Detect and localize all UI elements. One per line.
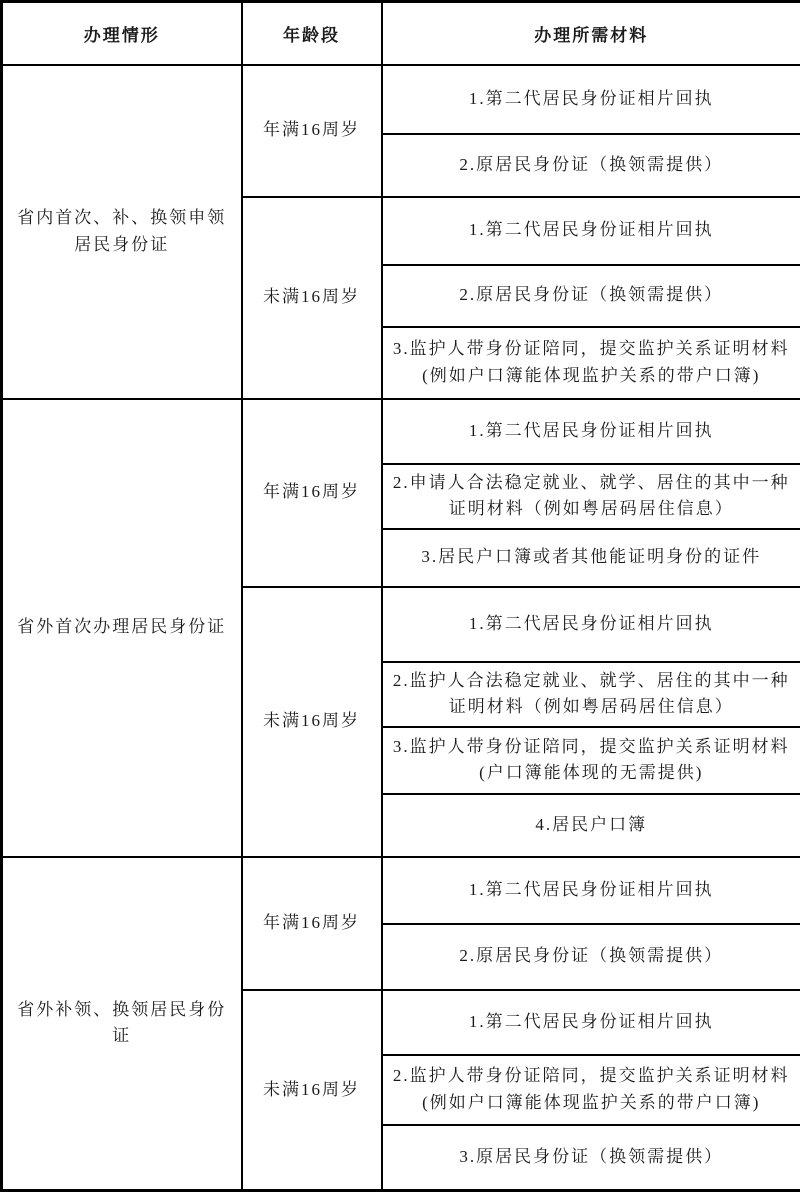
age-cell-over16: 年满16周岁 — [242, 65, 382, 197]
material-cell: 1.第二代居民身份证相片回执 — [382, 197, 800, 265]
age-cell-under16: 未满16周岁 — [242, 990, 382, 1191]
table-row: 省内首次、补、换领申领居民身份证 年满16周岁 1.第二代居民身份证相片回执 — [2, 65, 800, 134]
header-row: 办理情形 年龄段 办理所需材料 — [2, 2, 800, 65]
material-cell: 1.第二代居民身份证相片回执 — [382, 399, 800, 464]
material-cell: 2.原居民身份证（换领需提供） — [382, 265, 800, 327]
material-cell: 2.申请人合法稳定就业、就学、居住的其中一种证明材料（例如粤居码居住信息） — [382, 464, 800, 529]
material-cell: 3.居民户口簿或者其他能证明身份的证件 — [382, 529, 800, 587]
material-cell: 1.第二代居民身份证相片回执 — [382, 65, 800, 134]
material-cell: 4.居民户口簿 — [382, 794, 800, 857]
material-cell: 2.监护人带身份证陪同，提交监护关系证明材料(例如户口簿能体现监护关系的带户口簿… — [382, 1055, 800, 1125]
material-cell: 1.第二代居民身份证相片回执 — [382, 587, 800, 662]
material-cell: 1.第二代居民身份证相片回执 — [382, 990, 800, 1055]
material-cell: 2.监护人合法稳定就业、就学、居住的其中一种证明材料（例如粤居码居住信息） — [382, 662, 800, 727]
id-card-requirements-table: 办理情形 年龄段 办理所需材料 省内首次、补、换领申领居民身份证 年满16周岁 … — [0, 0, 800, 1192]
age-cell-under16: 未满16周岁 — [242, 587, 382, 857]
column-header-materials: 办理所需材料 — [382, 2, 800, 65]
material-cell: 3.原居民身份证（换领需提供） — [382, 1125, 800, 1191]
material-cell: 2.原居民身份证（换领需提供） — [382, 924, 800, 990]
situation-cell-province-internal: 省内首次、补、换领申领居民身份证 — [2, 65, 242, 399]
document-page: 办理情形 年龄段 办理所需材料 省内首次、补、换领申领居民身份证 年满16周岁 … — [0, 0, 800, 1189]
column-header-age: 年龄段 — [242, 2, 382, 65]
material-cell: 1.第二代居民身份证相片回执 — [382, 857, 800, 924]
table-row: 省外补领、换领居民身份证 年满16周岁 1.第二代居民身份证相片回执 — [2, 857, 800, 924]
age-cell-over16: 年满16周岁 — [242, 857, 382, 990]
material-cell: 3.监护人带身份证陪同，提交监护关系证明材料(例如户口簿能体现监护关系的带户口簿… — [382, 327, 800, 399]
situation-cell-province-external-first: 省外首次办理居民身份证 — [2, 399, 242, 857]
material-cell: 3.监护人带身份证陪同，提交监护关系证明材料(户口簿能体现的无需提供) — [382, 727, 800, 794]
situation-cell-province-external-replace: 省外补领、换领居民身份证 — [2, 857, 242, 1191]
table-row: 省外首次办理居民身份证 年满16周岁 1.第二代居民身份证相片回执 — [2, 399, 800, 464]
age-cell-under16: 未满16周岁 — [242, 197, 382, 399]
age-cell-over16: 年满16周岁 — [242, 399, 382, 587]
material-cell: 2.原居民身份证（换领需提供） — [382, 134, 800, 197]
column-header-situation: 办理情形 — [2, 2, 242, 65]
